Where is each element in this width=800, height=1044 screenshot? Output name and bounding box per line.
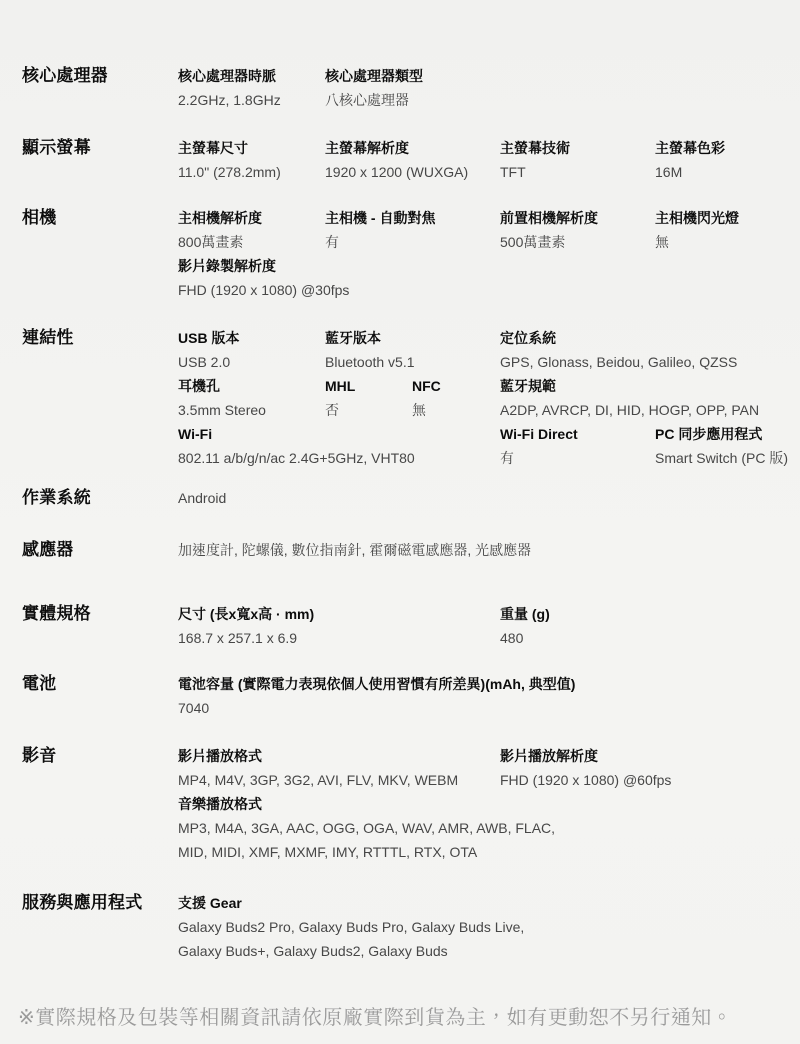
camera-row-1: 主相機解析度 800萬畫素 主相機 - 自動對焦 有 前置相機解析度 500萬畫… bbox=[178, 206, 782, 254]
spec-value: TFT bbox=[500, 160, 655, 184]
spec-mhl: MHL 否 bbox=[325, 374, 412, 422]
sensors-row-1: 加速度計, 陀螺儀, 數位指南針, 霍爾磁電感應器, 光感應器 bbox=[178, 538, 782, 562]
spec-value: Galaxy Buds2 Pro, Galaxy Buds Pro, Galax… bbox=[178, 915, 782, 939]
cpu-row-1: 核心處理器時脈 2.2GHz, 1.8GHz 核心處理器類型 八核心處理器 bbox=[178, 64, 782, 112]
section-battery-content: 電池容量 (實際電力表現依個人使用習慣有所差異)(mAh, 典型值) 7040 bbox=[178, 672, 782, 720]
spec-value: MID, MIDI, XMF, MXMF, IMY, RTTTL, RTX, O… bbox=[178, 840, 782, 864]
spec-label: 耳機孔 bbox=[178, 374, 325, 398]
spec-os-value: Android bbox=[178, 486, 782, 510]
category-camera: 相機 bbox=[22, 206, 178, 302]
spec-label: 核心處理器類型 bbox=[325, 64, 500, 88]
spec-value: Galaxy Buds+, Galaxy Buds2, Galaxy Buds bbox=[178, 939, 782, 963]
spec-label: USB 版本 bbox=[178, 326, 325, 350]
spec-value: 16M bbox=[655, 160, 782, 184]
category-services: 服務與應用程式 bbox=[22, 891, 178, 963]
spec-display-color: 主螢幕色彩 16M bbox=[655, 136, 782, 184]
spec-label: 音樂播放格式 bbox=[178, 792, 782, 816]
section-av-content: 影片播放格式 MP4, M4V, 3GP, 3G2, AVI, FLV, MKV… bbox=[178, 744, 782, 864]
spec-value: 加速度計, 陀螺儀, 數位指南針, 霍爾磁電感應器, 光感應器 bbox=[178, 538, 782, 562]
spec-bluetooth-profiles: 藍牙規範 A2DP, AVRCP, DI, HID, HOGP, OPP, PA… bbox=[500, 374, 782, 422]
spec-label: 重量 (g) bbox=[500, 602, 782, 626]
camera-row-2: 影片錄製解析度 FHD (1920 x 1080) @30fps bbox=[178, 254, 782, 302]
spec-video-formats: 影片播放格式 MP4, M4V, 3GP, 3G2, AVI, FLV, MKV… bbox=[178, 744, 500, 792]
section-cpu: 核心處理器 核心處理器時脈 2.2GHz, 1.8GHz 核心處理器類型 八核心… bbox=[0, 64, 800, 112]
section-display: 顯示螢幕 主螢幕尺寸 11.0" (278.2mm) 主螢幕解析度 1920 x… bbox=[0, 136, 800, 184]
spec-weight: 重量 (g) 480 bbox=[500, 602, 782, 650]
spec-usb: USB 版本 USB 2.0 bbox=[178, 326, 325, 374]
spec-display-resolution: 主螢幕解析度 1920 x 1200 (WUXGA) bbox=[325, 136, 500, 184]
spec-dimensions: 尺寸 (長x寬x高 · mm) 168.7 x 257.1 x 6.9 bbox=[178, 602, 500, 650]
os-row-1: Android bbox=[178, 486, 782, 510]
spec-value: MP3, M4A, 3GA, AAC, OGG, OGA, WAV, AMR, … bbox=[178, 816, 782, 840]
spec-label: NFC bbox=[412, 374, 500, 398]
display-row-1: 主螢幕尺寸 11.0" (278.2mm) 主螢幕解析度 1920 x 1200… bbox=[178, 136, 782, 184]
spec-value: A2DP, AVRCP, DI, HID, HOGP, OPP, PAN bbox=[500, 398, 782, 422]
section-connectivity-content: USB 版本 USB 2.0 藍牙版本 Bluetooth v5.1 定位系統 … bbox=[178, 326, 782, 470]
spec-wifi-direct: Wi-Fi Direct 有 bbox=[500, 422, 655, 470]
spec-label: 主螢幕技術 bbox=[500, 136, 655, 160]
spec-label: Wi-Fi Direct bbox=[500, 422, 655, 446]
section-services-content: 支援 Gear Galaxy Buds2 Pro, Galaxy Buds Pr… bbox=[178, 891, 782, 963]
section-camera: 相機 主相機解析度 800萬畫素 主相機 - 自動對焦 有 前置相機解析度 50… bbox=[0, 206, 800, 302]
spec-value: 3.5mm Stereo bbox=[178, 398, 325, 422]
spec-value: GPS, Glonass, Beidou, Galileo, QZSS bbox=[500, 350, 782, 374]
spec-camera-main: 主相機解析度 800萬畫素 bbox=[178, 206, 325, 254]
connectivity-row-1: USB 版本 USB 2.0 藍牙版本 Bluetooth v5.1 定位系統 … bbox=[178, 326, 782, 374]
spec-label: 藍牙規範 bbox=[500, 374, 782, 398]
spec-camera-autofocus: 主相機 - 自動對焦 有 bbox=[325, 206, 500, 254]
spec-value: FHD (1920 x 1080) @30fps bbox=[178, 278, 782, 302]
spec-label: PC 同步應用程式 bbox=[655, 422, 782, 446]
spec-pc-sync: PC 同步應用程式 Smart Switch (PC 版) bbox=[655, 422, 782, 470]
spec-camera-flash: 主相機閃光燈 無 bbox=[655, 206, 782, 254]
spec-label: 主相機解析度 bbox=[178, 206, 325, 230]
section-sensors: 感應器 加速度計, 陀螺儀, 數位指南針, 霍爾磁電感應器, 光感應器 bbox=[0, 538, 800, 562]
spec-camera-video-recording: 影片錄製解析度 FHD (1920 x 1080) @30fps bbox=[178, 254, 782, 302]
av-row-2: 音樂播放格式 MP3, M4A, 3GA, AAC, OGG, OGA, WAV… bbox=[178, 792, 782, 864]
spec-location: 定位系統 GPS, Glonass, Beidou, Galileo, QZSS bbox=[500, 326, 782, 374]
spec-value: FHD (1920 x 1080) @60fps bbox=[500, 768, 782, 792]
connectivity-row-3: Wi-Fi 802.11 a/b/g/n/ac 2.4G+5GHz, VHT80… bbox=[178, 422, 782, 470]
spec-sensors-value: 加速度計, 陀螺儀, 數位指南針, 霍爾磁電感應器, 光感應器 bbox=[178, 538, 782, 562]
spec-label: 前置相機解析度 bbox=[500, 206, 655, 230]
spec-label: 主相機閃光燈 bbox=[655, 206, 782, 230]
section-services: 服務與應用程式 支援 Gear Galaxy Buds2 Pro, Galaxy… bbox=[0, 891, 800, 963]
spec-value: 168.7 x 257.1 x 6.9 bbox=[178, 626, 500, 650]
section-sensors-content: 加速度計, 陀螺儀, 數位指南針, 霍爾磁電感應器, 光感應器 bbox=[178, 538, 782, 562]
spec-label: Wi-Fi bbox=[178, 422, 500, 446]
spec-camera-front: 前置相機解析度 500萬畫素 bbox=[500, 206, 655, 254]
spec-earjack: 耳機孔 3.5mm Stereo bbox=[178, 374, 325, 422]
category-cpu: 核心處理器 bbox=[22, 64, 178, 112]
spec-value: Bluetooth v5.1 bbox=[325, 350, 500, 374]
category-battery: 電池 bbox=[22, 672, 178, 720]
spec-value: 八核心處理器 bbox=[325, 88, 500, 112]
spec-value: 480 bbox=[500, 626, 782, 650]
spec-label: 電池容量 (實際電力表現依個人使用習慣有所差異)(mAh, 典型值) bbox=[178, 672, 782, 696]
services-row-1: 支援 Gear Galaxy Buds2 Pro, Galaxy Buds Pr… bbox=[178, 891, 782, 963]
section-os-content: Android bbox=[178, 486, 782, 510]
spec-value: 500萬畫素 bbox=[500, 230, 655, 254]
spec-value: MP4, M4V, 3GP, 3G2, AVI, FLV, MKV, WEBM bbox=[178, 768, 500, 792]
spec-audio-formats: 音樂播放格式 MP3, M4A, 3GA, AAC, OGG, OGA, WAV… bbox=[178, 792, 782, 864]
spec-value: 7040 bbox=[178, 696, 782, 720]
spec-label: 尺寸 (長x寬x高 · mm) bbox=[178, 602, 500, 626]
category-physical: 實體規格 bbox=[22, 602, 178, 650]
category-av: 影音 bbox=[22, 744, 178, 864]
spec-label: 藍牙版本 bbox=[325, 326, 500, 350]
spec-label: 定位系統 bbox=[500, 326, 782, 350]
category-connectivity: 連結性 bbox=[22, 326, 178, 470]
spec-gear-support: 支援 Gear Galaxy Buds2 Pro, Galaxy Buds Pr… bbox=[178, 891, 782, 963]
section-physical: 實體規格 尺寸 (長x寬x高 · mm) 168.7 x 257.1 x 6.9… bbox=[0, 602, 800, 650]
av-row-1: 影片播放格式 MP4, M4V, 3GP, 3G2, AVI, FLV, MKV… bbox=[178, 744, 782, 792]
spec-value: 2.2GHz, 1.8GHz bbox=[178, 88, 325, 112]
section-cpu-content: 核心處理器時脈 2.2GHz, 1.8GHz 核心處理器類型 八核心處理器 bbox=[178, 64, 782, 112]
spec-label: 主螢幕色彩 bbox=[655, 136, 782, 160]
spec-label: 支援 Gear bbox=[178, 891, 782, 915]
section-display-content: 主螢幕尺寸 11.0" (278.2mm) 主螢幕解析度 1920 x 1200… bbox=[178, 136, 782, 184]
spec-cpu-clock: 核心處理器時脈 2.2GHz, 1.8GHz bbox=[178, 64, 325, 112]
spec-value: 否 bbox=[325, 398, 412, 422]
spec-value: 802.11 a/b/g/n/ac 2.4G+5GHz, VHT80 bbox=[178, 446, 500, 470]
spec-display-size: 主螢幕尺寸 11.0" (278.2mm) bbox=[178, 136, 325, 184]
spec-value: 無 bbox=[655, 230, 782, 254]
spec-label: 影片播放格式 bbox=[178, 744, 500, 768]
spec-label: 主螢幕解析度 bbox=[325, 136, 500, 160]
spec-value: USB 2.0 bbox=[178, 350, 325, 374]
spec-bluetooth: 藍牙版本 Bluetooth v5.1 bbox=[325, 326, 500, 374]
spec-nfc: NFC 無 bbox=[412, 374, 500, 422]
spec-value: 有 bbox=[500, 446, 655, 470]
spec-sheet: 核心處理器 核心處理器時脈 2.2GHz, 1.8GHz 核心處理器類型 八核心… bbox=[0, 0, 800, 1044]
section-av: 影音 影片播放格式 MP4, M4V, 3GP, 3G2, AVI, FLV, … bbox=[0, 744, 800, 864]
connectivity-row-2: 耳機孔 3.5mm Stereo MHL 否 NFC 無 藍牙規範 A2DP, … bbox=[178, 374, 782, 422]
spec-battery-capacity: 電池容量 (實際電力表現依個人使用習慣有所差異)(mAh, 典型值) 7040 bbox=[178, 672, 782, 720]
spec-label: MHL bbox=[325, 374, 412, 398]
spec-value: Smart Switch (PC 版) bbox=[655, 446, 782, 470]
spec-value: 11.0" (278.2mm) bbox=[178, 160, 325, 184]
section-physical-content: 尺寸 (長x寬x高 · mm) 168.7 x 257.1 x 6.9 重量 (… bbox=[178, 602, 782, 650]
category-display: 顯示螢幕 bbox=[22, 136, 178, 184]
spec-value: 800萬畫素 bbox=[178, 230, 325, 254]
category-os: 作業系統 bbox=[22, 486, 178, 510]
spec-video-resolution: 影片播放解析度 FHD (1920 x 1080) @60fps bbox=[500, 744, 782, 792]
spec-label: 主螢幕尺寸 bbox=[178, 136, 325, 160]
section-battery: 電池 電池容量 (實際電力表現依個人使用習慣有所差異)(mAh, 典型值) 70… bbox=[0, 672, 800, 720]
spec-value: 有 bbox=[325, 230, 500, 254]
spec-value: 無 bbox=[412, 398, 500, 422]
spec-display-technology: 主螢幕技術 TFT bbox=[500, 136, 655, 184]
spec-value: 1920 x 1200 (WUXGA) bbox=[325, 160, 500, 184]
physical-row-1: 尺寸 (長x寬x高 · mm) 168.7 x 257.1 x 6.9 重量 (… bbox=[178, 602, 782, 650]
category-sensors: 感應器 bbox=[22, 538, 178, 562]
footer-disclaimer: ※實際規格及包裝等相關資訊請依原廠實際到貨為主，如有更動恕不另行通知。 bbox=[0, 997, 800, 1033]
battery-row-1: 電池容量 (實際電力表現依個人使用習慣有所差異)(mAh, 典型值) 7040 bbox=[178, 672, 782, 720]
spec-label: 影片錄製解析度 bbox=[178, 254, 782, 278]
section-camera-content: 主相機解析度 800萬畫素 主相機 - 自動對焦 有 前置相機解析度 500萬畫… bbox=[178, 206, 782, 302]
spec-cpu-type: 核心處理器類型 八核心處理器 bbox=[325, 64, 500, 112]
section-connectivity: 連結性 USB 版本 USB 2.0 藍牙版本 Bluetooth v5.1 定… bbox=[0, 326, 800, 470]
spec-value: Android bbox=[178, 486, 782, 510]
spec-label: 核心處理器時脈 bbox=[178, 64, 325, 88]
spec-label: 主相機 - 自動對焦 bbox=[325, 206, 500, 230]
spec-label: 影片播放解析度 bbox=[500, 744, 782, 768]
section-os: 作業系統 Android bbox=[0, 486, 800, 510]
spec-wifi: Wi-Fi 802.11 a/b/g/n/ac 2.4G+5GHz, VHT80 bbox=[178, 422, 500, 470]
